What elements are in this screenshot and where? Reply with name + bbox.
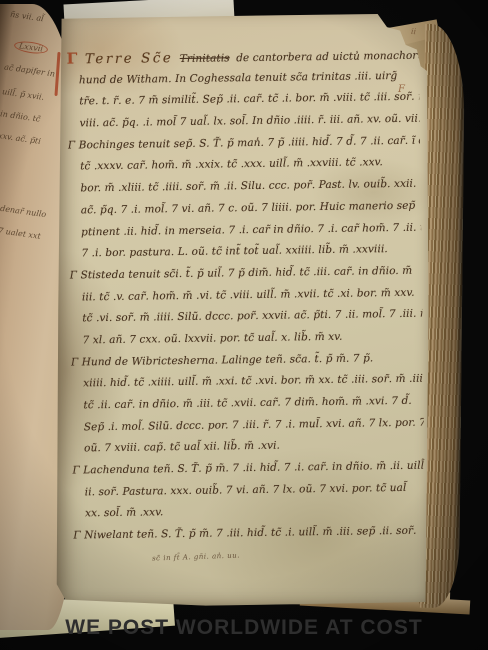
folio-number: ii: [411, 27, 417, 36]
verso-text-fragment: uill̃. p̃ xvii.: [2, 87, 45, 102]
recto-page: Γ Terre Sc̃e Trinitatis de cantorbera ad…: [56, 14, 430, 608]
red-paragraph-mark: Γ: [67, 49, 78, 67]
text-line-section-start: Γ Niwelant teñ. S. T̃. p̃ m̃. 7 .iii. hi…: [73, 521, 425, 548]
heading-struck-word: Trinitatis: [180, 52, 230, 65]
heading-opening: Terre Sc̃e: [85, 50, 174, 67]
verso-text-fragment: in dñio. tc̃: [0, 109, 41, 124]
verso-text-fragment: 7 ualet xxt: [0, 226, 41, 241]
manuscript-text-block: Γ Terre Sc̃e Trinitatis de cantorbera ad…: [79, 44, 426, 548]
heading-rest: de cantorbera ad uictu̾ monachoru̾: [236, 50, 419, 65]
marginal-letter: F: [398, 84, 405, 95]
verso-text-fragment: xxv. ac̃. p̃ti: [0, 131, 41, 146]
manuscript-photo: ñs vii. al̃ Lxxvii ac̃ dapifer in uill̃.…: [0, 0, 488, 650]
verso-text-fragment: ñs vii. al̃: [10, 10, 45, 24]
verso-red-marginal-number: Lxxvii: [13, 40, 48, 56]
verso-text-fragment: denar̃ nullo: [0, 204, 47, 219]
verso-text-fragment: ac̃ dapifer in: [4, 62, 56, 78]
watermark-text: WE POST WORLDWIDE AT COST: [0, 616, 488, 640]
